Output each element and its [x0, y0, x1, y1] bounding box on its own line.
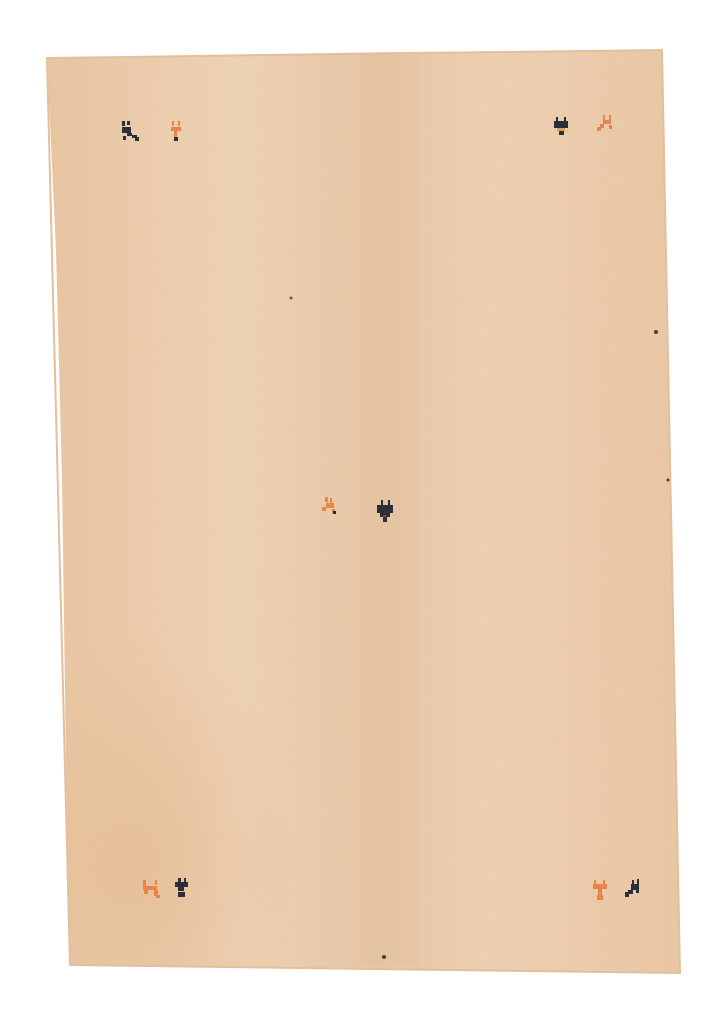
rug: [47, 50, 680, 973]
speck: [290, 297, 293, 300]
speck: [667, 479, 670, 482]
speck: [654, 330, 658, 334]
rug-photo: [0, 0, 725, 1024]
speck: [382, 955, 386, 959]
